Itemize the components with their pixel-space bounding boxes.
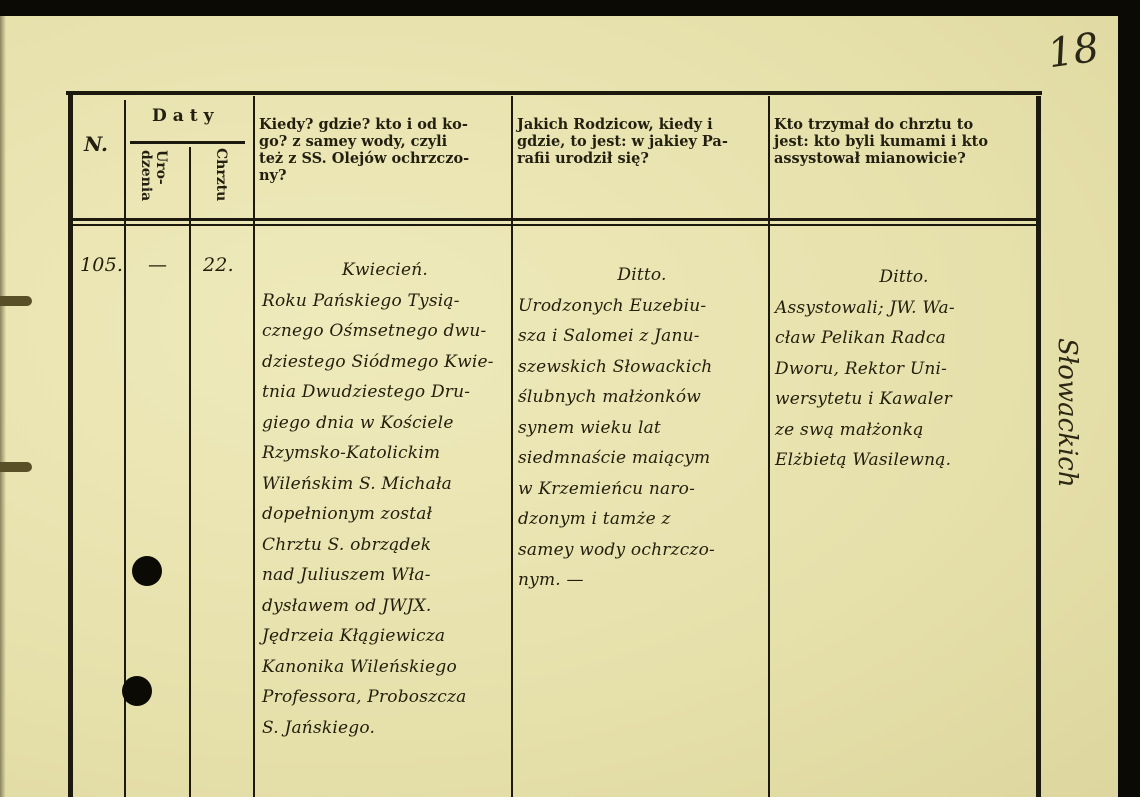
dates-group-rule [130,141,245,144]
header-number: N. [84,136,108,153]
folio-number: 18 [1045,25,1102,78]
col-divider-dates [189,147,191,797]
entry-godparents-ditto: Ditto. [775,262,1033,293]
scan-border-top [0,0,1140,16]
col-divider-when [511,96,513,797]
entry-birth-date: — [148,250,167,281]
table-right-border [1036,96,1041,797]
entry-when-where: Kwiecień. Roku Pańskiego Tysią- cznego O… [262,255,508,743]
header-birth-date: Uro-dzenia [138,150,168,212]
entry-parents-ditto: Ditto. [518,260,766,291]
header-parents: Jakich Rodzicow, kiedy i gdzie, to jest:… [517,116,767,167]
page-binding-shadow [0,16,6,797]
binding-string [0,296,32,306]
entry-godparents: Ditto. Assystowali; JW. Wa- cław Pelikan… [775,262,1033,476]
header-dates-group: Daty [152,108,220,125]
header-bottom-rule [72,218,1037,221]
entry-baptism-date: 22. [203,250,234,281]
entry-month: Kwiecień. [262,255,508,286]
header-when-where: Kiedy? gdzie? kto i od ko- go? z samey w… [259,116,509,184]
binding-hole [122,676,152,706]
entry-parents: Ditto. Urodzonych Euzebiu- sza i Salomei… [518,260,766,596]
margin-surname-note: Słowackich [1052,338,1082,488]
header-godparents: Kto trzymał do chrztu to jest: kto byli … [774,116,1036,167]
entry-number: 105. [80,250,123,281]
header-bottom-rule-2 [72,224,1037,226]
scan-border-right [1118,0,1140,797]
binding-string [0,462,32,472]
col-divider-baptism [253,96,255,797]
col-divider-parents [768,96,770,797]
table-top-rule [66,91,1042,95]
binding-hole [132,556,162,586]
table-left-border [68,94,73,797]
header-baptism-date: Chrztu [213,148,228,214]
